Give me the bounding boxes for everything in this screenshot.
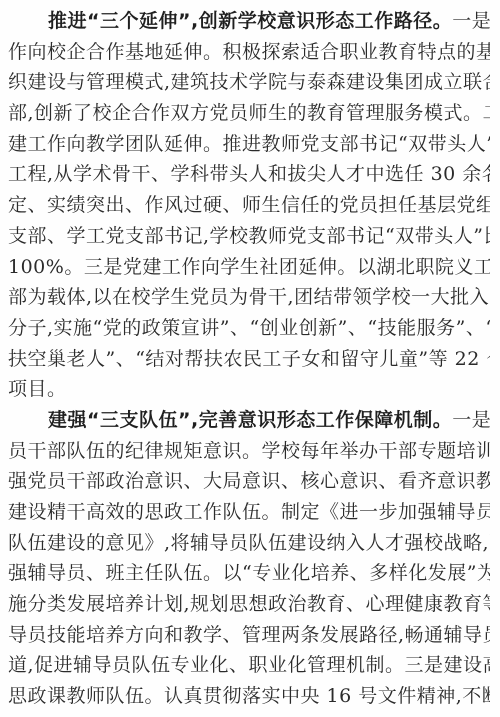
text-line: 强辅导员、班主任队伍。以“专业化培养、多样化发展”为理念,实: [8, 558, 490, 589]
text-line: 建设精干高效的思政工作队伍。制定《进一步加强辅导员班主任: [8, 497, 490, 528]
text-line: 道,促进辅导员队伍专业化、职业化管理机制。三是建设高素质的: [8, 650, 490, 681]
paragraph-heading: 推进“三个延伸”,创新学校意识形态工作路径。: [48, 10, 452, 32]
text-line: 员干部队伍的纪律规矩意识。学校每年举办干部专题培训班,加: [8, 436, 490, 467]
text-line: 工程,从学术骨干、学科带头人和拔尖人才中选任 30 余名政治坚: [8, 159, 490, 190]
text-line: 施分类发展培养计划,规划思想政治教育、心理健康教育等九个辅: [8, 589, 490, 620]
text-line: 导员技能培养方向和教学、管理两条发展路径,畅通辅导员发展渠: [8, 620, 490, 651]
text-line: 分子,实施“党的政策宣讲”、“创业创新”、“技能服务”、“结对帮: [8, 313, 490, 344]
text-line: 推进“三个延伸”,创新学校意识形态工作路径。一是党建工: [8, 6, 490, 37]
text-line: 扶空巢老人”、“结对帮扶农民工子女和留守儿童”等 22 个义工: [8, 344, 490, 375]
text-line: 部为载体,以在校学生党员为骨干,团结带领学校一大批入党积极: [8, 282, 490, 313]
text-line: 强党员干部政治意识、大局意识、核心意识、看齐意识教育。二是: [8, 466, 490, 497]
text-line: 支部、学工党支部书记,学校教师党支部书记“双带头人”比例达: [8, 221, 490, 252]
text-line: 定、实绩突出、作风过硬、师生信任的党员担任基层党组织教工党: [8, 190, 490, 221]
text-run: 一是强化党: [452, 409, 490, 431]
text-run: 一是党建工: [452, 10, 490, 32]
text-line: 思政课教师队伍。认真贯彻落实中央 16 号文件精神,不断完善思: [8, 681, 490, 712]
text-line: 队伍建设的意见》,将辅导员队伍建设纳入人才强校战略,配齐配: [8, 528, 490, 559]
text-line: 织建设与管理模式,建筑技术学院与泰森建设集团成立联合党支: [8, 67, 490, 98]
paragraph-heading: 建强“三支队伍”,完善意识形态工作保障机制。: [48, 409, 452, 431]
text-line: 建工作向教学团队延伸。推进教师党支部书记“双带头人”培育: [8, 129, 490, 160]
text-line: 部,创新了校企合作双方党员师生的教育管理服务模式。二是党: [8, 98, 490, 129]
text-line: 项目。: [8, 374, 490, 405]
document-page: 推进“三个延伸”,创新学校意识形态工作路径。一是党建工 作向校企合作基地延伸。积…: [0, 0, 500, 717]
text-line: 作向校企合作基地延伸。积极探索适合职业教育特点的基层党组: [8, 37, 490, 68]
text-line: 建强“三支队伍”,完善意识形态工作保障机制。一是强化党: [8, 405, 490, 436]
text-line: 100%。三是党建工作向学生社团延伸。以湖北职院义工社党支: [8, 252, 490, 283]
